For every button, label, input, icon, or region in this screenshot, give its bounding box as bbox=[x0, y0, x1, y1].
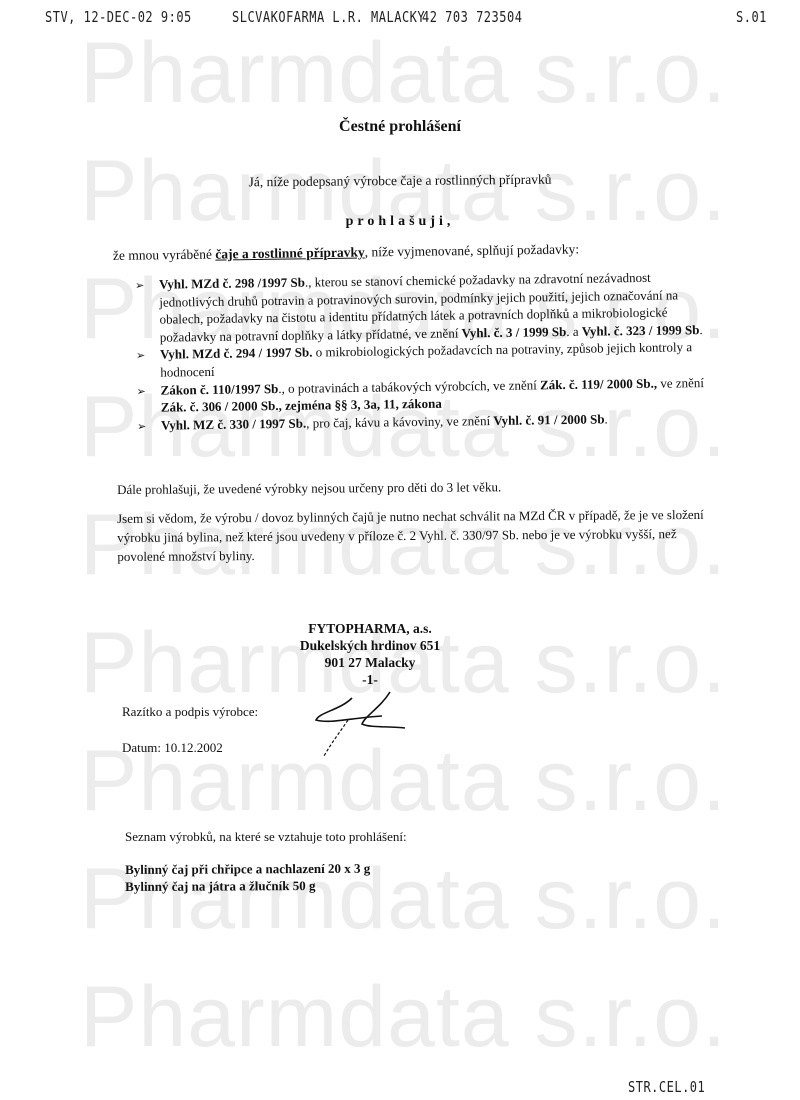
products-intro: Seznam výrobků, na které se vztahuje tot… bbox=[125, 829, 407, 845]
regulation-ref: Vyhl. MZd č. 294 / 1997 Sb. bbox=[160, 345, 313, 362]
regulation-ref: Vyhl. č. 323 / 1999 Sb bbox=[582, 322, 700, 339]
regulation-text: ve znění bbox=[660, 375, 704, 391]
declare-word: prohlašuji, bbox=[0, 214, 800, 230]
stamp-number: -1- bbox=[240, 671, 500, 688]
approval-statement: Jsem si vědom, že výrobu / dovoz bylinný… bbox=[117, 505, 707, 566]
fax-header-phone: 42 703 723504 bbox=[422, 8, 522, 26]
stamp-city: 901 27 Malacky bbox=[240, 654, 500, 671]
regulation-ref: Vyhl. č. 91 / 2000 Sb bbox=[493, 411, 604, 428]
regulation-text: . a bbox=[566, 324, 582, 339]
signature-icon bbox=[310, 690, 420, 760]
date-value: 10.12.2002 bbox=[164, 740, 223, 755]
fax-header-datetime: STV, 12-DEC-02 9:05 bbox=[45, 8, 192, 26]
date-label: Datum: bbox=[122, 740, 161, 755]
regulation-text: ., o potravinách a tabákových výrobcích,… bbox=[278, 377, 540, 396]
arrow-bullet-icon: ➢ bbox=[136, 348, 145, 366]
regulation-item: ➢ Vyhl. MZd č. 298 /1997 Sb., kterou se … bbox=[135, 268, 716, 346]
lead-prefix: že mnou vyráběné bbox=[113, 247, 216, 263]
product-item: Bylinný čaj na játra a žlučník 50 g bbox=[125, 877, 370, 895]
document-title: Čestné prohlášení bbox=[0, 118, 800, 136]
regulation-text: . bbox=[699, 322, 702, 337]
product-list: Bylinný čaj při chřipce a nachlazení 20 … bbox=[125, 860, 370, 895]
arrow-bullet-icon: ➢ bbox=[137, 383, 146, 401]
stamp-company-name: FYTOPHARMA, a.s. bbox=[240, 620, 500, 637]
regulation-ref: Vyhl. MZd č. 298 /1997 Sb bbox=[159, 275, 305, 292]
watermark-text: Pharmdata s.r.o. bbox=[80, 38, 730, 108]
stamp-street: Dukelských hrdinov 651 bbox=[240, 637, 500, 654]
product-item: Bylinný čaj při chřipce a nachlazení 20 … bbox=[125, 860, 370, 878]
company-stamp: FYTOPHARMA, a.s. Dukelských hrdinov 651 … bbox=[240, 620, 500, 688]
regulation-ref: Zák. č. 306 / 2000 Sb., zejména §§ 3, 3a… bbox=[161, 396, 442, 415]
fax-header-page: S.01 bbox=[736, 8, 767, 26]
watermark-text: Pharmdata s.r.o. bbox=[80, 982, 730, 1052]
regulation-text: , pro čaj, kávu a kávoviny, ve znění bbox=[306, 413, 493, 431]
regulation-list: ➢ Vyhl. MZd č. 298 /1997 Sb., kterou se … bbox=[135, 268, 717, 434]
children-statement: Dále prohlašuji, že uvedené výrobky nejs… bbox=[117, 476, 717, 499]
regulation-text: . bbox=[604, 411, 607, 426]
date-line: Datum: 10.12.2002 bbox=[122, 740, 223, 756]
fax-footer: STR.CEL.01 bbox=[628, 1078, 705, 1096]
regulation-ref: Zákon č. 110/1997 Sb bbox=[160, 381, 278, 398]
arrow-bullet-icon: ➢ bbox=[135, 278, 144, 296]
lead-bold: čaje a rostlinné přípravky bbox=[215, 244, 365, 261]
fax-header-sender: SLCVAKOFARMA L.R. MALACKY bbox=[232, 8, 425, 26]
arrow-bullet-icon: ➢ bbox=[137, 419, 146, 437]
regulation-ref: Zák. č. 119/ 2000 Sb., bbox=[540, 375, 660, 392]
stamp-signature-label: Razítko a podpis výrobce: bbox=[122, 704, 258, 720]
regulation-ref: Vyhl. MZ č. 330 / 1997 Sb. bbox=[161, 415, 306, 432]
regulation-ref: Vyhl. č. 3 / 1999 Sb bbox=[462, 324, 567, 340]
lead-suffix: , níže vyjmenované, splňují požadavky: bbox=[365, 241, 580, 259]
